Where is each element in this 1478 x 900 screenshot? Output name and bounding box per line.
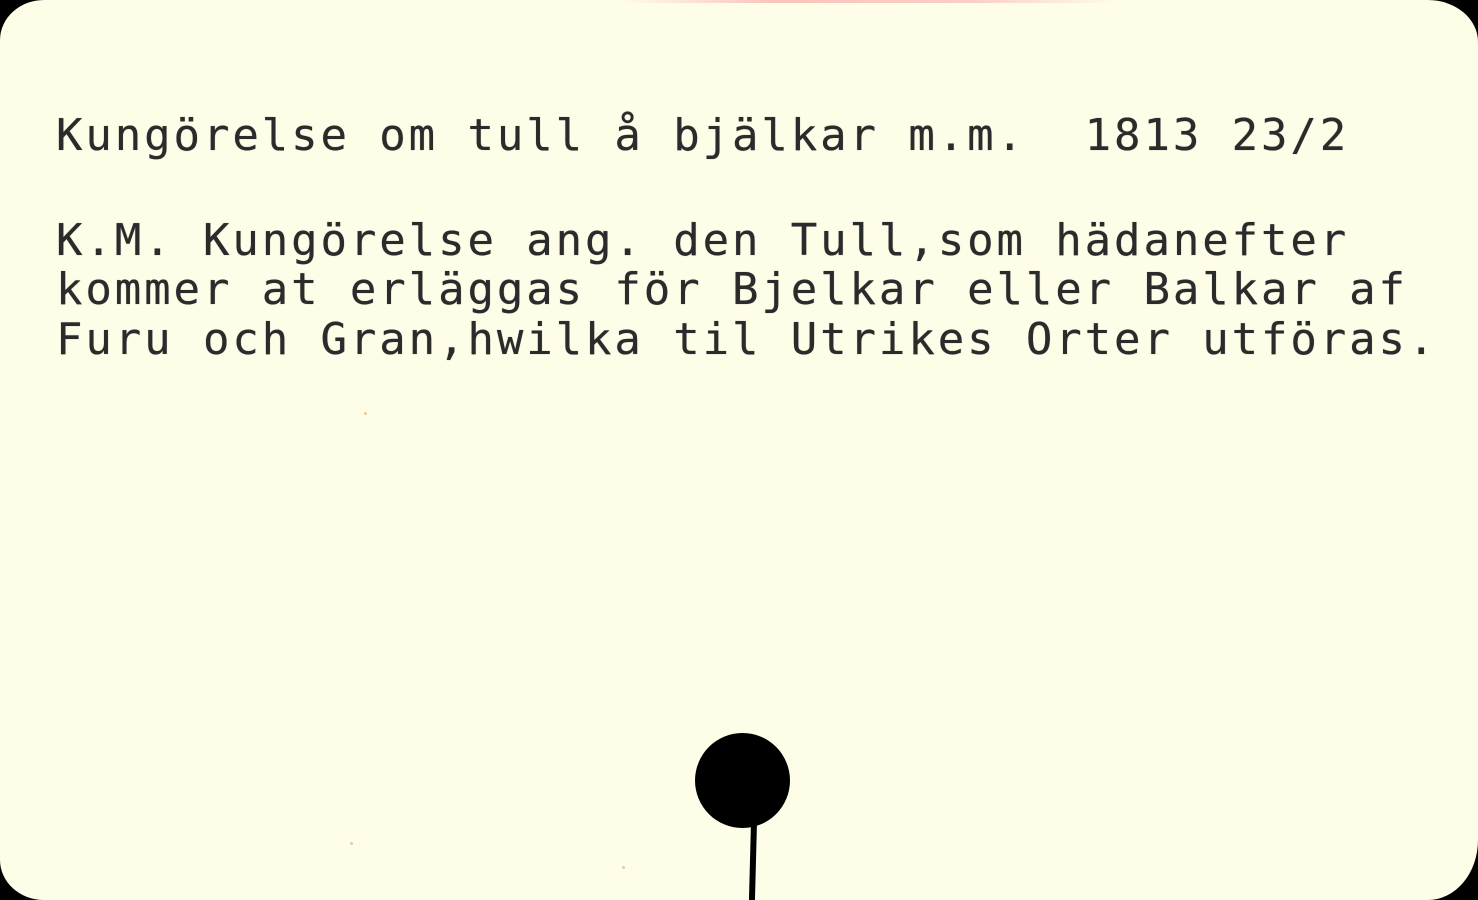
paper-speck bbox=[622, 866, 625, 869]
binding-string bbox=[749, 822, 757, 900]
card-description-line: K.M. Kungörelse ang. den Tull,som hädane… bbox=[56, 219, 1349, 263]
paper-speck bbox=[350, 842, 353, 845]
catalog-card: Kungörelse om tull å bjälkar m.m. 1813 2… bbox=[0, 0, 1478, 900]
card-description-line: Furu och Gran,hwilka til Utrikes Orter u… bbox=[56, 318, 1437, 362]
punch-hole bbox=[695, 733, 790, 828]
card-edge-tint bbox=[620, 0, 1120, 3]
card-description-line: kommer at erläggas för Bjelkar eller Bal… bbox=[56, 268, 1408, 312]
paper-speck bbox=[364, 412, 367, 415]
card-title: Kungörelse om tull å bjälkar m.m. 1813 2… bbox=[56, 114, 1349, 158]
